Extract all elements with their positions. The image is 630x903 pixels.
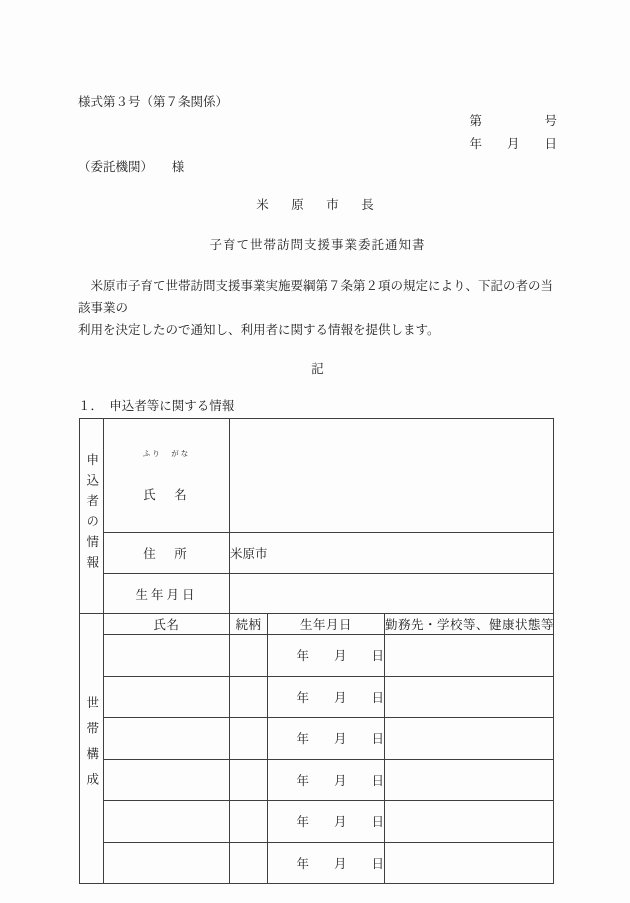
addressee-line: （委託機関） 様 [78, 159, 557, 175]
birthdate-input-cell [230, 574, 554, 614]
body-paragraph-line-2: 利用を決定したので通知し、利用者に関する情報を提供します。 [78, 319, 557, 341]
household-group-label-cell: 世帯構成 [80, 614, 104, 884]
household-group-label: 世帯構成 [85, 696, 98, 798]
member-relation-cell [230, 635, 268, 677]
member-birthdate-cell: 年 月 日 [268, 718, 385, 760]
household-row-5: 年 月 日 [80, 801, 554, 843]
household-row-4: 年 月 日 [80, 759, 554, 801]
address-value: 米原市 [230, 533, 554, 574]
member-birthdate-cell: 年 月 日 [268, 842, 385, 884]
body-paragraph: 米原市子育て世帯訪問支援事業実施要綱第７条第２項の規定により、下記の者の当該事業… [78, 275, 557, 341]
body-paragraph-line-1: 米原市子育て世帯訪問支援事業実施要綱第７条第２項の規定により、下記の者の当該事業… [78, 275, 557, 319]
section-1-heading: １． 申込者等に関する情報 [78, 398, 557, 414]
applicant-group-label: 申込者の情報 [85, 453, 98, 576]
applicant-info-table: 申込者の情報 ふり がな 氏 名 住 所 米原市 生年月日 世帯構成 氏名 続柄… [79, 418, 554, 884]
col-header-birthdate: 生年月日 [268, 614, 385, 635]
address-label: 住 所 [104, 533, 230, 574]
member-relation-cell [230, 801, 268, 843]
member-birthdate-cell: 年 月 日 [268, 676, 385, 718]
member-name-cell [104, 676, 230, 718]
member-work-cell [385, 718, 554, 760]
member-name-cell [104, 801, 230, 843]
applicant-group-label-cell: 申込者の情報 [80, 419, 104, 614]
member-relation-cell [230, 718, 268, 760]
member-birthdate-cell: 年 月 日 [268, 801, 385, 843]
member-name-cell [104, 718, 230, 760]
document-title: 子育て世帯訪問支援事業委託通知書 [78, 237, 557, 253]
member-work-cell [385, 801, 554, 843]
household-row-6: 年 月 日 [80, 842, 554, 884]
furigana-ruby: ふり がな [104, 449, 229, 458]
household-row-1: 年 月 日 [80, 635, 554, 677]
name-input-cell [230, 419, 554, 533]
issue-date-line: 年 月 日 [78, 136, 557, 152]
member-name-cell [104, 759, 230, 801]
col-header-name: 氏名 [104, 614, 230, 635]
member-birthdate-cell: 年 月 日 [268, 635, 385, 677]
member-birthdate-cell: 年 月 日 [268, 759, 385, 801]
col-header-work-school: 勤務先・学校等、健康状態等 [385, 614, 554, 635]
document-number-line: 第 号 [78, 113, 557, 129]
member-work-cell [385, 842, 554, 884]
name-label: 氏 名 [104, 488, 229, 502]
member-relation-cell [230, 759, 268, 801]
name-label-cell: ふり がな 氏 名 [104, 419, 230, 533]
document-page: 様式第３号（第７条関係） 第 号 年 月 日 （委託機関） 様 米 原 市 長 … [0, 94, 630, 884]
member-relation-cell [230, 842, 268, 884]
birthdate-label: 生年月日 [104, 574, 230, 614]
member-work-cell [385, 635, 554, 677]
household-row-3: 年 月 日 [80, 718, 554, 760]
member-name-cell [104, 635, 230, 677]
form-number-note: 様式第３号（第７条関係） [78, 94, 557, 110]
sender-title: 米 原 市 長 [78, 197, 557, 213]
household-row-2: 年 月 日 [80, 676, 554, 718]
member-work-cell [385, 759, 554, 801]
member-name-cell [104, 842, 230, 884]
member-relation-cell [230, 676, 268, 718]
notation-ki: 記 [78, 361, 557, 377]
member-work-cell [385, 676, 554, 718]
col-header-relation: 続柄 [230, 614, 268, 635]
